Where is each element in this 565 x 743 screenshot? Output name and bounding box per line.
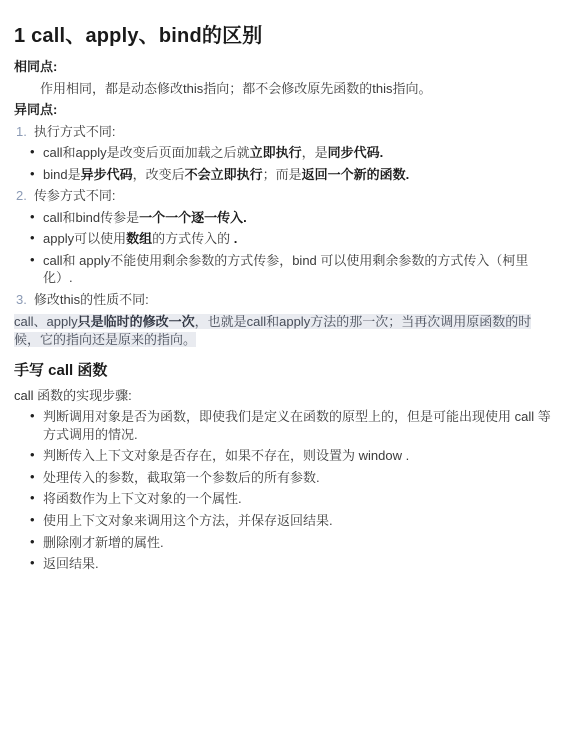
steps-intro: call 函数的实现步骤: bbox=[14, 387, 551, 405]
diff-points-label: 异同点: bbox=[14, 101, 551, 119]
text-run: apply可以使用 bbox=[43, 231, 126, 246]
note-highlight: call、apply只是临时的修改一次，也就是call和apply方法的那一次；… bbox=[14, 314, 531, 348]
document-page: 1 call、apply、bind的区别 相同点: 作用相同，都是动态修改thi… bbox=[0, 0, 565, 573]
steps-list: 判断调用对象是否为函数，即使我们是定义在函数的原型上的，但是可能出现使用 cal… bbox=[14, 408, 551, 572]
point-title: 传参方式不同: bbox=[34, 188, 116, 203]
text-run: call和bind传参是 bbox=[43, 210, 139, 225]
point-number: 3. bbox=[16, 292, 27, 307]
step-item: 判断调用对象是否为函数，即使我们是定义在函数的原型上的，但是可能出现使用 cal… bbox=[30, 408, 551, 443]
bold-text-run: 只是临时的修改一次 bbox=[78, 314, 195, 329]
point-title: 修改this的性质不同: bbox=[34, 292, 149, 307]
bold-text-run: 不会立即执行 bbox=[185, 167, 263, 182]
step-item: 将函数作为上下文对象的一个属性. bbox=[30, 490, 551, 508]
bullet-item: call和bind传参是一个一个逐一传入. bbox=[30, 209, 551, 227]
text-run: call和 apply不能使用剩余参数的方式传参，bind 可以使用剩余参数的方… bbox=[43, 253, 528, 286]
point-bullet-list: call和apply是改变后页面加载之后就立即执行，是同步代码.bind是异步代… bbox=[14, 144, 551, 183]
text-run: bind是 bbox=[43, 167, 81, 182]
point-number: 2. bbox=[16, 188, 27, 203]
note-paragraph: call、apply只是临时的修改一次，也就是call和apply方法的那一次；… bbox=[14, 313, 551, 351]
step-item: 返回结果. bbox=[30, 555, 551, 573]
bullet-item: apply可以使用数组的方式传入的 . bbox=[30, 230, 551, 248]
text-run: call、apply bbox=[14, 314, 78, 329]
text-run: ；而是 bbox=[263, 167, 302, 182]
step-item: 判断传入上下文对象是否存在，如果不存在，则设置为 window . bbox=[30, 447, 551, 465]
handwrite-call-heading: 手写 call 函数 bbox=[14, 361, 551, 381]
bold-text-run: 返回一个新的函数. bbox=[302, 167, 410, 182]
step-item: 处理传入的参数，截取第一个参数后的所有参数. bbox=[30, 469, 551, 487]
text-run: call和apply是改变后页面加载之后就 bbox=[43, 145, 250, 160]
step-item: 删除刚才新增的属性. bbox=[30, 534, 551, 552]
text-run: 的方式传入的 bbox=[152, 231, 234, 246]
bold-text-run: 同步代码. bbox=[328, 145, 384, 160]
numbered-point-label: 2.传参方式不同: bbox=[14, 187, 551, 205]
bullet-item: bind是异步代码，改变后不会立即执行；而是返回一个新的函数. bbox=[30, 166, 551, 184]
numbered-points: 1.执行方式不同:call和apply是改变后页面加载之后就立即执行，是同步代码… bbox=[14, 123, 551, 309]
numbered-point-label: 3.修改this的性质不同: bbox=[14, 291, 551, 309]
point-bullet-list: call和bind传参是一个一个逐一传入.apply可以使用数组的方式传入的 .… bbox=[14, 209, 551, 287]
bold-text-run: 立即执行 bbox=[250, 145, 302, 160]
step-item: 使用上下文对象来调用这个方法，并保存返回结果. bbox=[30, 512, 551, 530]
bold-text-run: 异步代码 bbox=[81, 167, 133, 182]
point-title: 执行方式不同: bbox=[34, 124, 116, 139]
numbered-point-label: 1.执行方式不同: bbox=[14, 123, 551, 141]
bold-text-run: . bbox=[234, 231, 238, 246]
text-run: ，改变后 bbox=[133, 167, 185, 182]
point-number: 1. bbox=[16, 124, 27, 139]
same-points-body: 作用相同，都是动态修改this指向；都不会修改原先函数的this指向。 bbox=[14, 80, 551, 98]
same-points-label: 相同点: bbox=[14, 58, 551, 76]
bold-text-run: 数组 bbox=[126, 231, 152, 246]
text-run: ，是 bbox=[302, 145, 328, 160]
bold-text-run: 一个一个逐一传入. bbox=[139, 210, 247, 225]
bullet-item: call和apply是改变后页面加载之后就立即执行，是同步代码. bbox=[30, 144, 551, 162]
bullet-item: call和 apply不能使用剩余参数的方式传参，bind 可以使用剩余参数的方… bbox=[30, 252, 551, 287]
page-title: 1 call、apply、bind的区别 bbox=[14, 24, 551, 48]
